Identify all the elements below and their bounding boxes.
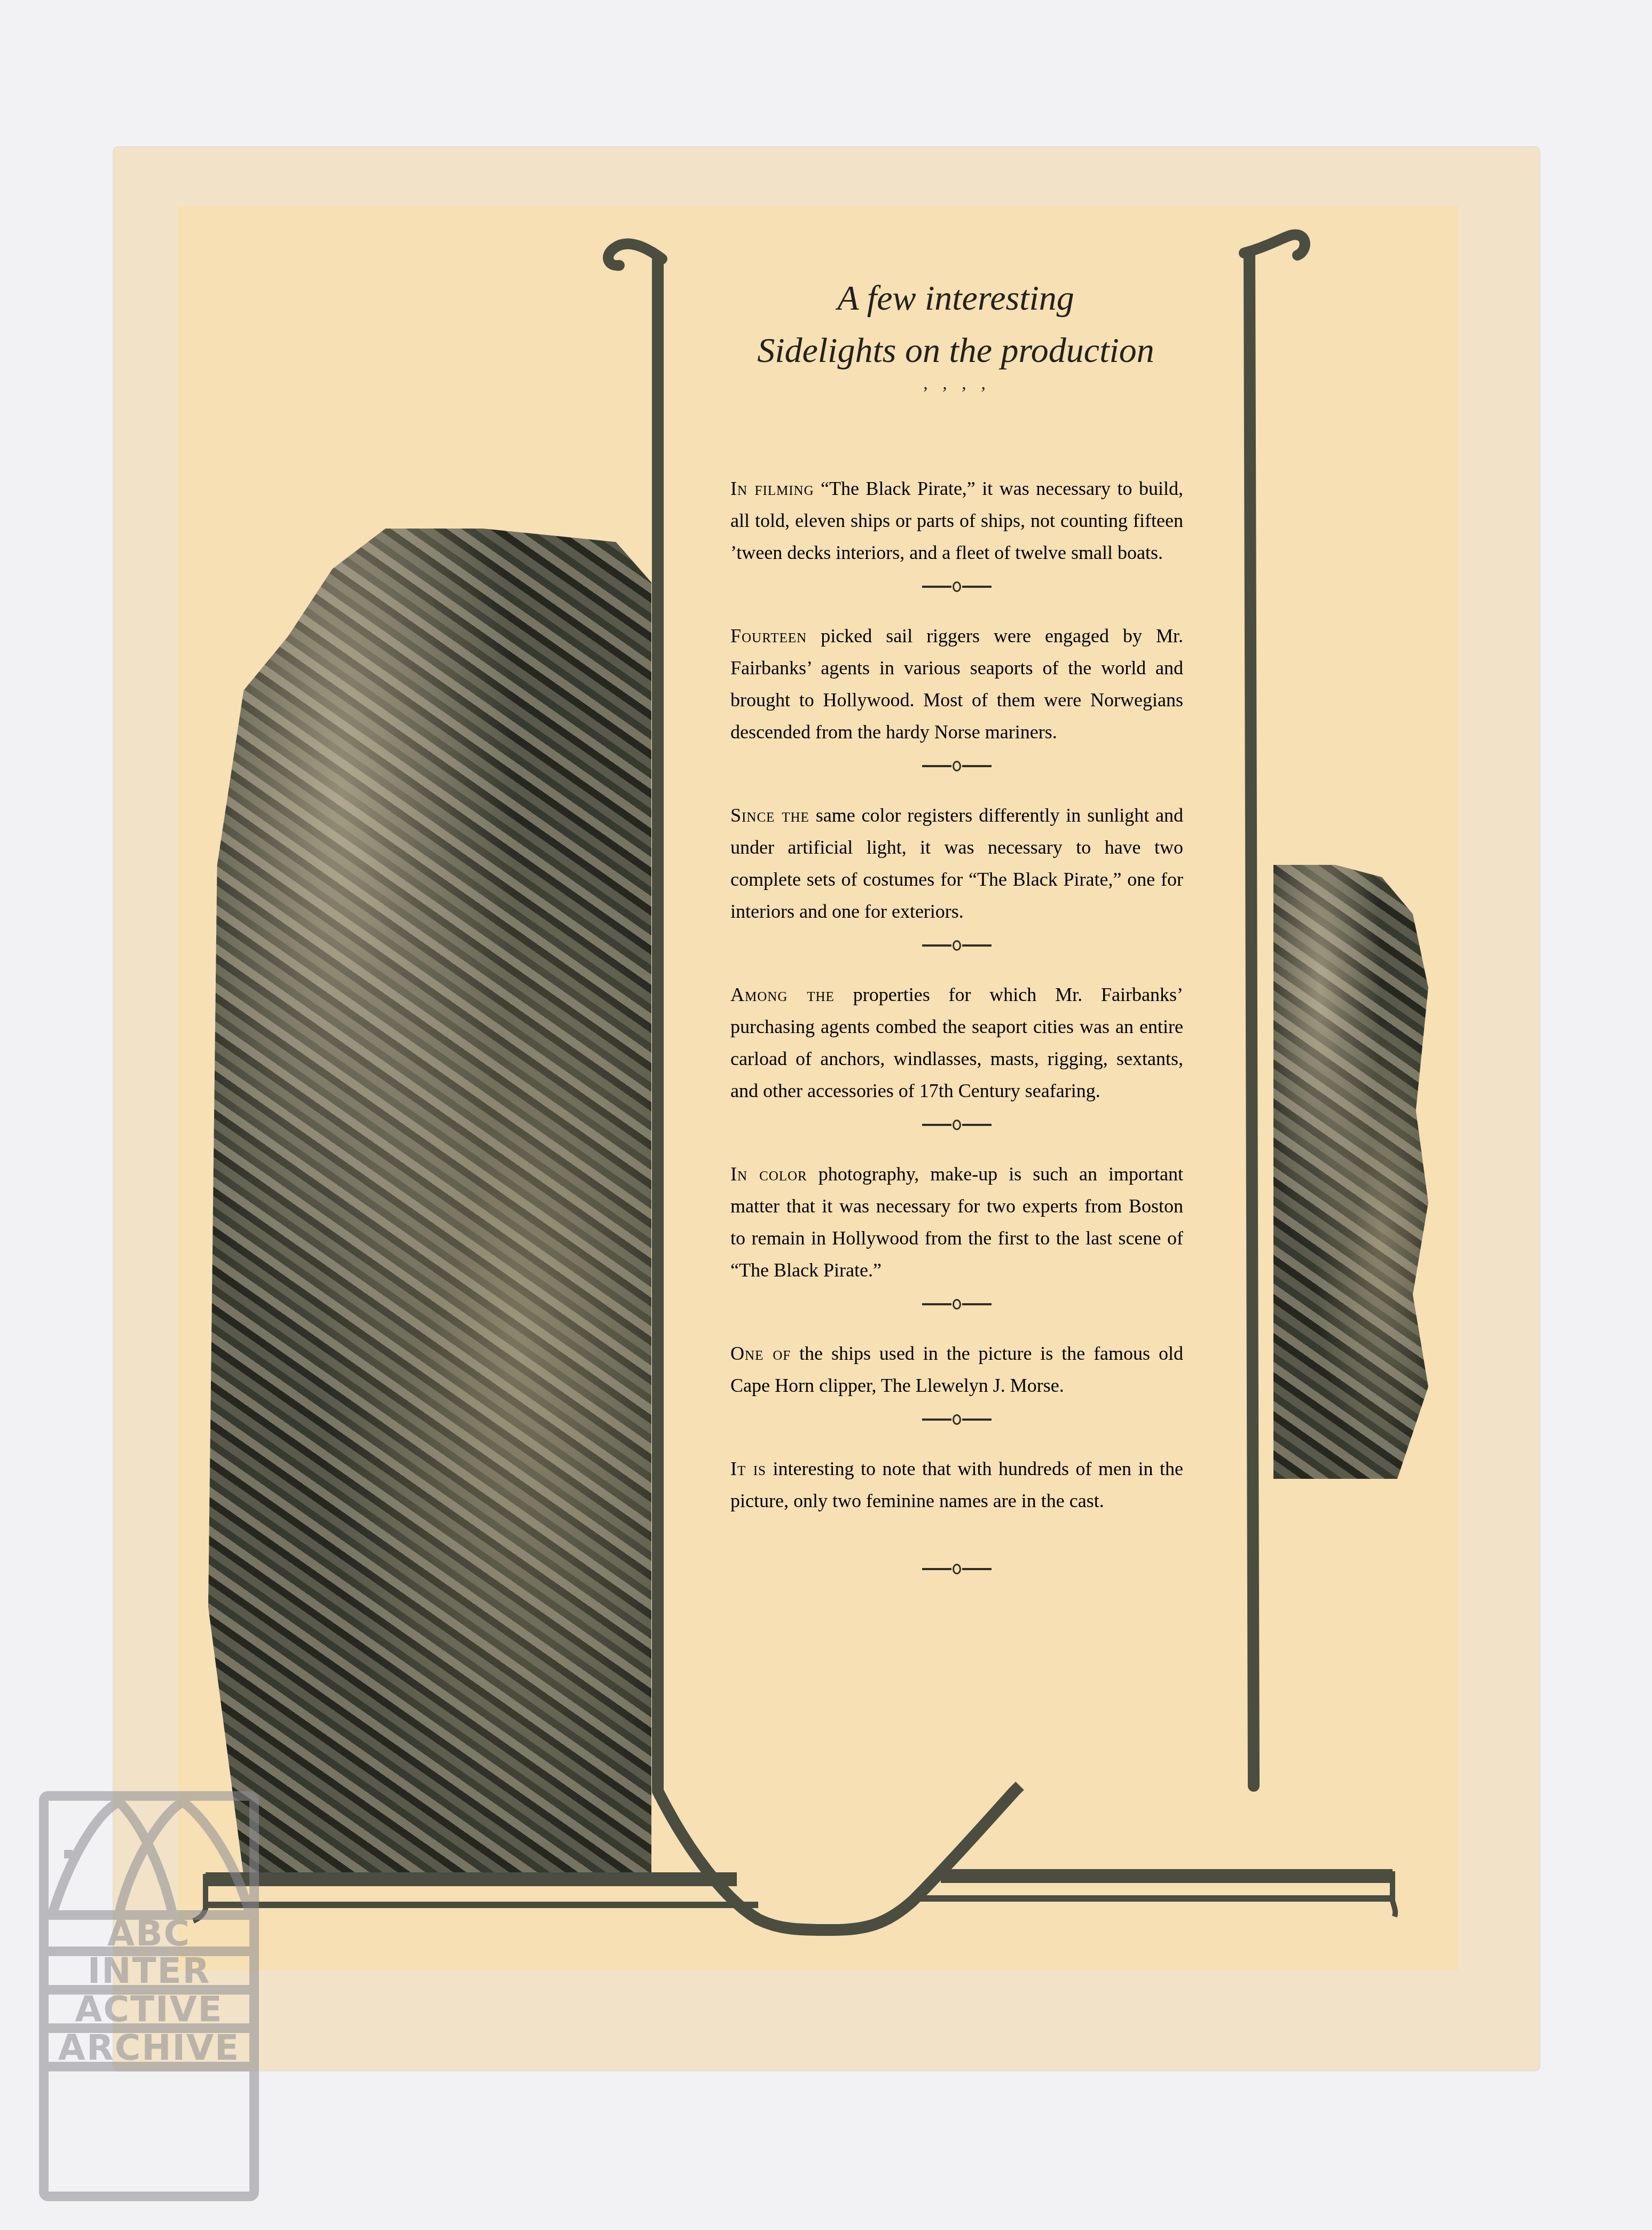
divider-ornament-icon	[730, 1289, 1183, 1319]
page-title: A few interesting Sidelights on the prod…	[675, 272, 1236, 377]
sidelight-item: Fourteen picked sail riggers were engage…	[730, 620, 1183, 781]
sidelight-item: In filming “The Black Pirate,” it was ne…	[730, 472, 1183, 602]
item-lead: In color	[730, 1163, 807, 1185]
divider-ornament-icon	[730, 931, 1183, 960]
divider-ornament-icon	[730, 572, 1183, 602]
item-lead: In filming	[730, 478, 814, 499]
item-text: the ships used in the picture is the fam…	[730, 1343, 1183, 1396]
watermark-row: ARCHIVE	[46, 2031, 251, 2065]
item-lead: Among the	[730, 984, 835, 1005]
sidelight-item: It is interesting to note that with hund…	[730, 1453, 1183, 1584]
sidelight-item: Among the properties for which Mr. Fairb…	[730, 979, 1183, 1140]
title-line-2: Sidelights on the production	[757, 331, 1154, 370]
divider-ornament-icon	[730, 751, 1183, 781]
divider-ornament-icon	[730, 1110, 1183, 1140]
item-lead: Fourteen	[730, 625, 807, 647]
sidelight-item: One of the ships used in the picture is …	[730, 1337, 1183, 1435]
title-line-1: A few interesting	[837, 279, 1074, 318]
watermark-row: ACTIVE	[46, 1992, 251, 2027]
sidelights-list: In filming “The Black Pirate,” it was ne…	[730, 472, 1183, 1602]
item-lead: Since the	[730, 805, 809, 826]
watermark-row: INTER	[46, 1954, 251, 1988]
item-lead: One of	[730, 1343, 791, 1364]
item-lead: It is	[730, 1458, 766, 1479]
sidelight-item: Since the same color registers different…	[730, 799, 1183, 960]
abc-interactive-archive-watermark: ABC INTER ACTIVE ARCHIVE	[39, 1791, 259, 2201]
title-block: A few interesting Sidelights on the prod…	[675, 272, 1236, 404]
sidelight-item: In color photography, make-up is such an…	[730, 1158, 1183, 1319]
item-text: interesting to note that with hundreds o…	[730, 1458, 1183, 1511]
divider-ornament-icon	[730, 1554, 1183, 1584]
watermark-row: ABC	[46, 1917, 251, 1951]
divider-ornament-icon	[730, 1405, 1183, 1435]
title-ornament-icon: ’ ’ ’ ’	[675, 383, 1236, 404]
